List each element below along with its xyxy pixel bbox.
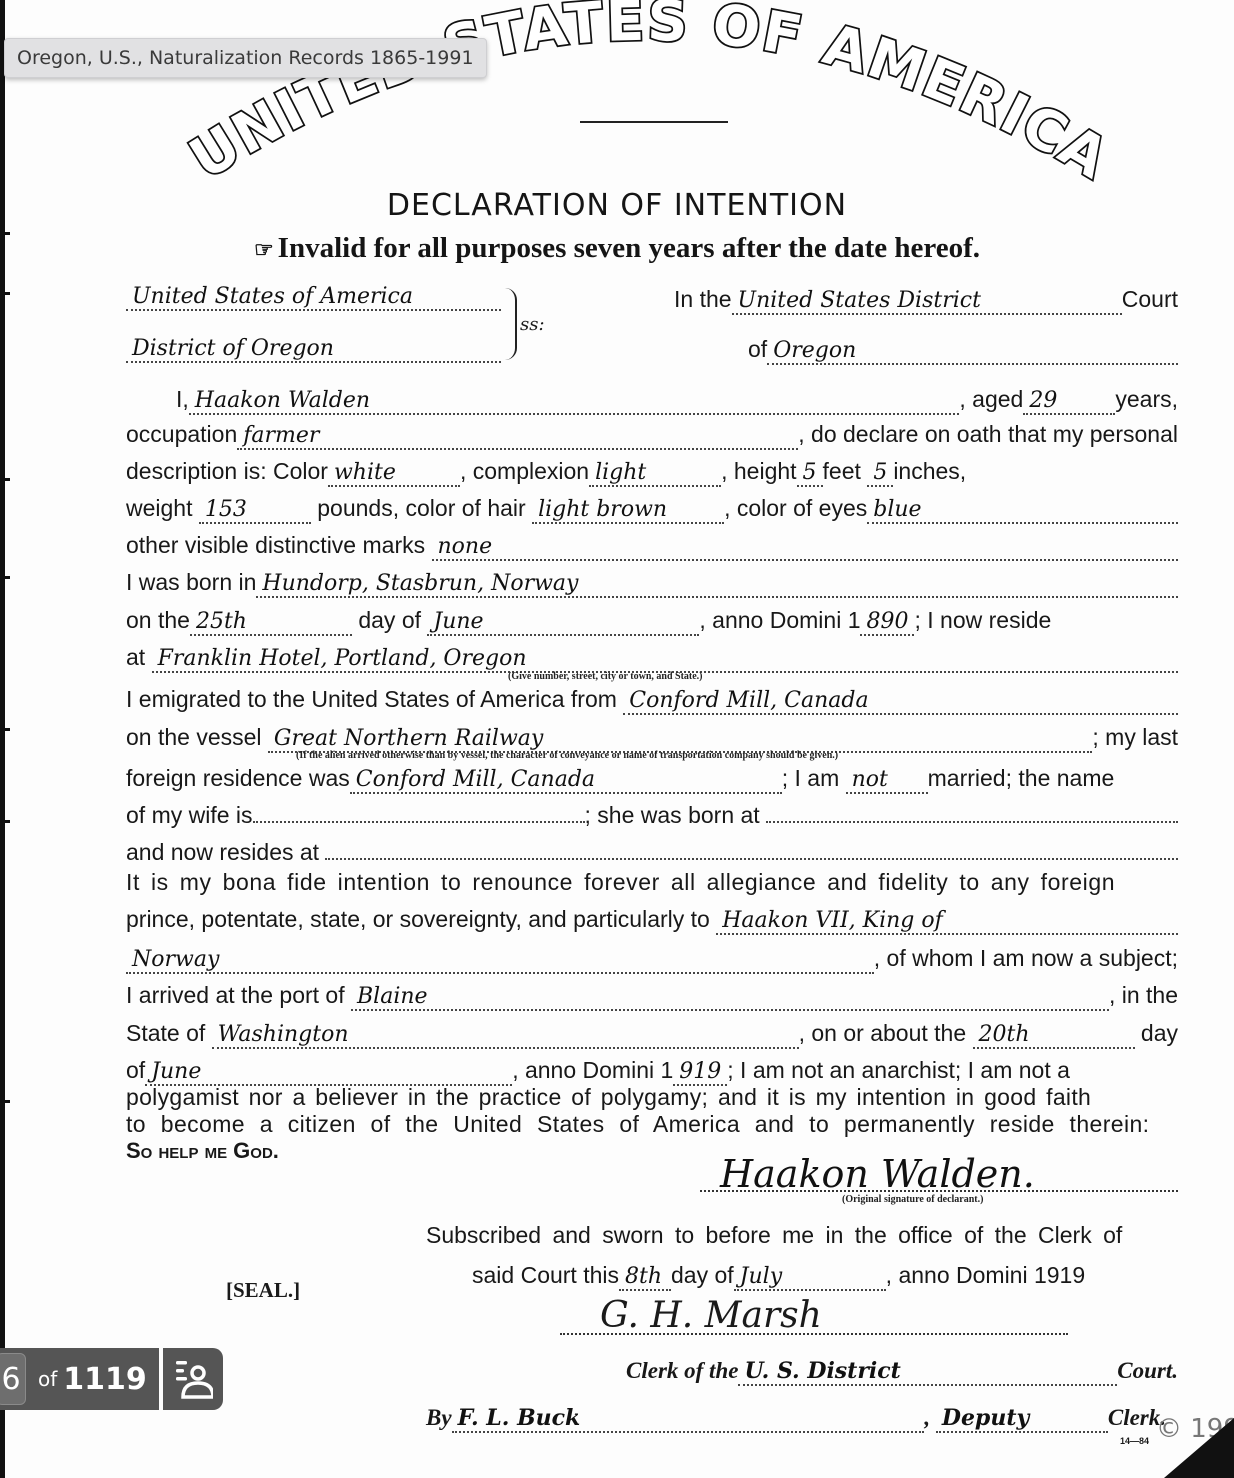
- birth-year: 890: [860, 609, 914, 636]
- court-of-line: of Oregon: [748, 336, 1178, 365]
- jurat-line-2: said Court this 8th day of July , anno D…: [472, 1262, 1182, 1291]
- description-line: description is: Color white , complexion…: [126, 458, 1178, 487]
- port-line: I arrived at the port of Blaine , in the: [126, 982, 1178, 1011]
- height-feet: 5: [797, 460, 823, 487]
- birthplace-line: I was born in Hundorp, Stasbrun, Norway: [126, 569, 1178, 598]
- deputy-title: Deputy: [936, 1405, 1108, 1433]
- brace: [505, 288, 517, 360]
- page-navigator: 6 of 1119: [0, 1348, 223, 1410]
- signature-line: [700, 1190, 1178, 1192]
- collection-tooltip: Oregon, U.S., Naturalization Records 186…: [4, 38, 487, 78]
- residence-note: (Give number, street, city or town, and …: [508, 671, 703, 682]
- court-line: In the United States District Court: [674, 286, 1178, 315]
- arrival-year: 919: [673, 1059, 727, 1086]
- document-viewer: UNITED STATES OF AMERICA DECLARATION OF …: [0, 0, 1234, 1478]
- vessel-note: (If the alien arrived otherwise than by …: [296, 750, 838, 761]
- renounce-line: It is my bona fide intention to renounce…: [126, 869, 1178, 896]
- emigrated-line: I emigrated to the United States of Amer…: [126, 686, 1178, 715]
- weight: 153: [199, 497, 311, 524]
- marks-line: other visible distinctive marks none: [126, 532, 1178, 561]
- form-number: 14—84: [1120, 1436, 1149, 1446]
- complexion: light: [589, 460, 721, 487]
- marital-status: not: [846, 767, 928, 794]
- wife-line: of my wife is ; she was born at: [126, 802, 1178, 829]
- page-corner: [1164, 1418, 1234, 1478]
- distinctive-marks: none: [432, 534, 1179, 561]
- venue-district: District of Oregon: [126, 336, 501, 363]
- person-list-icon: [173, 1357, 213, 1401]
- clerk-court: U. S. District: [738, 1358, 1117, 1386]
- wife-name: [253, 821, 585, 823]
- clerk-signature: G. H. Marsh: [600, 1295, 822, 1336]
- weight-line: weight 153 pounds, color of hair light b…: [126, 495, 1178, 524]
- birth-day: 25th: [190, 609, 352, 636]
- occupation: farmer: [237, 423, 798, 450]
- document-title: DECLARATION OF INTENTION: [0, 188, 1234, 223]
- birth-month: June: [427, 609, 699, 636]
- emigrated-from: Conford Mill, Canada: [623, 688, 1178, 715]
- wife-residence: [325, 858, 1178, 860]
- arc-heading: UNITED STATES OF AMERICA: [0, 0, 1234, 200]
- birthplace: Hundorp, Stasbrun, Norway: [256, 571, 1178, 598]
- page-number-input[interactable]: 6: [0, 1353, 26, 1405]
- court-name: United States District: [732, 288, 1122, 315]
- venue-state: United States of America: [126, 284, 501, 311]
- arrival-state-line: State of Washington , on or about the 20…: [126, 1020, 1178, 1049]
- total-pages: 1119: [63, 1362, 147, 1397]
- citizen-line: to become a citizen of the United States…: [126, 1111, 1178, 1138]
- occupation-line: occupation farmer , do declare on oath t…: [126, 421, 1178, 450]
- name-line: I, Haakon Walden , aged 29 years,: [176, 386, 1178, 415]
- jurat-day: 8th: [619, 1264, 671, 1291]
- residence: Franklin Hotel, Portland, Oregon: [152, 646, 1178, 673]
- arrival-month: June: [145, 1059, 512, 1086]
- deputy-line: By F. L. Buck, Deputy Clerk.: [426, 1405, 1166, 1433]
- clerk-signature-line: [560, 1333, 1068, 1335]
- sovereign-line: prince, potentate, state, or sovereignty…: [126, 906, 1178, 935]
- arrival-day: 20th: [973, 1022, 1135, 1049]
- index-toggle-button[interactable]: [163, 1348, 223, 1410]
- jurat-month: July: [734, 1264, 886, 1291]
- polygamist-line: polygamist nor a believer in the practic…: [126, 1084, 1178, 1111]
- clerk-of-line: Clerk of the U. S. District Court.: [626, 1358, 1178, 1386]
- subject-line: Norway , of whom I am now a subject;: [126, 945, 1178, 974]
- heading-rule: [580, 121, 728, 123]
- venue-state-line: United States of America: [126, 284, 501, 311]
- ss-label: ss:: [520, 314, 545, 335]
- foreign-residence: Conford Mill, Canada: [350, 767, 782, 794]
- of-label: of: [38, 1367, 57, 1391]
- height-inches: 5: [867, 460, 893, 487]
- document-subtitle: ☞Invalid for all purposes seven years af…: [0, 232, 1234, 265]
- wife-residence-line: and now resides at: [126, 839, 1178, 866]
- deputy-signature: F. L. Buck: [452, 1405, 925, 1433]
- declarant-name: Haakon Walden: [189, 388, 960, 415]
- arrival-date-line: of June , anno Domini 1 919 ; I am not a…: [126, 1057, 1178, 1086]
- declaration-document: UNITED STATES OF AMERICA DECLARATION OF …: [0, 0, 1234, 1478]
- color: white: [328, 460, 460, 487]
- vessel-line: on the vessel Great Northern Railway ; m…: [126, 724, 1178, 753]
- wife-birthplace: [766, 821, 1178, 823]
- signature-note: (Original signature of declarant.): [842, 1194, 983, 1205]
- sovereign-country: Norway: [126, 947, 874, 974]
- age: 29: [1023, 388, 1115, 415]
- pointing-hand-icon: ☞: [254, 237, 274, 262]
- arrival-state: Washington: [212, 1022, 799, 1049]
- foreign-residence-line: foreign residence was Conford Mill, Cana…: [126, 765, 1178, 794]
- venue-district-line: District of Oregon: [126, 336, 501, 363]
- hair-color: light brown: [532, 497, 724, 524]
- seal-label: [SEAL.]: [226, 1278, 300, 1303]
- vessel: Great Northern Railway: [268, 726, 1092, 753]
- arrival-port: Blaine: [351, 984, 1109, 1011]
- court-of: Oregon: [767, 338, 1178, 365]
- sovereign: Haakon VII, King of: [716, 908, 1178, 935]
- eye-color: blue: [867, 497, 1178, 524]
- page-counter: 6 of 1119: [0, 1348, 159, 1410]
- residence-line: at Franklin Hotel, Portland, Oregon: [126, 644, 1178, 673]
- svg-text:UNITED STATES OF AMERICA: UNITED STATES OF AMERICA: [179, 0, 1120, 192]
- birthdate-line: on the 25th day of June , anno Domini 1 …: [126, 607, 1178, 636]
- jurat-line-1: Subscribed and sworn to before me in the…: [426, 1222, 1178, 1249]
